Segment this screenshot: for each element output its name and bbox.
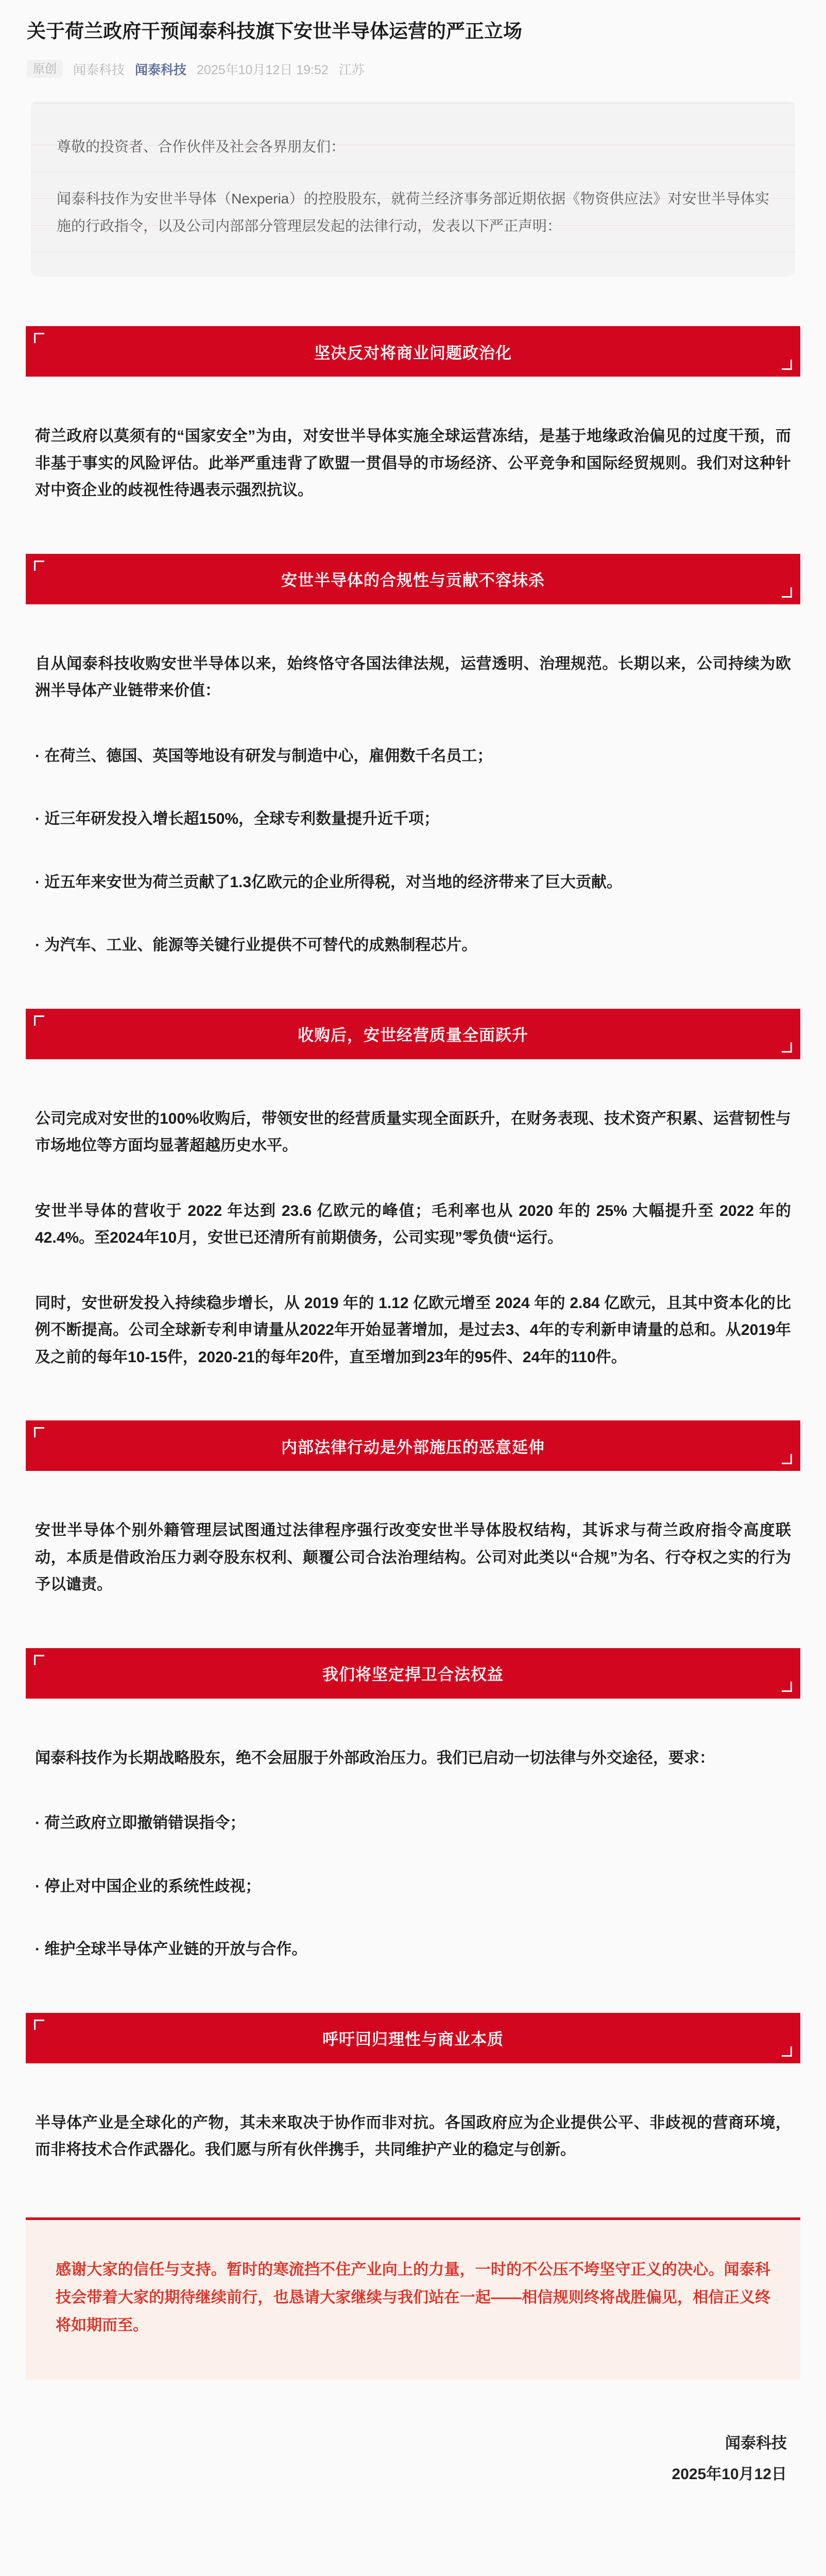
section-compliance-contribution: 安世半导体的合规性与贡献不容抹杀 自从闻泰科技收购安世半导体以来，始终恪守各国法… (26, 554, 800, 959)
section-paragraph: 同时，安世研发投入持续稳步增长，从 2019 年的 1.12 亿欧元增至 202… (35, 1290, 791, 1371)
section-paragraph: 公司完成对安世的100%收购后，带领安世的经营质量实现全面跃升，在财务表现、技术… (35, 1106, 791, 1160)
section-paragraph: 安世半导体个别外籍管理层试图通过法律程序强行改变安世半导体股权结构，其诉求与荷兰… (35, 1517, 791, 1599)
bullet-item: 停止对中国企业的系统性歧视； (35, 1873, 791, 1901)
section-paragraph: 安世半导体的营收于 2022 年达到 23.6 亿欧元的峰值；毛利率也从 202… (35, 1198, 791, 1252)
section-heading-banner: 收购后，安世经营质量全面跃升 (26, 1009, 800, 1059)
section-heading-banner: 内部法律行动是外部施压的恶意延伸 (26, 1420, 800, 1471)
signature-date: 2025年10月12日 (39, 2459, 787, 2490)
account-link[interactable]: 闻泰科技 (135, 60, 186, 78)
bullet-item: 近五年来安世为荷兰贡献了1.3亿欧元的企业所得税，对当地的经济带来了巨大贡献。 (35, 869, 791, 896)
original-badge: 原创 (27, 60, 63, 78)
section-internal-legal-action: 内部法律行动是外部施压的恶意延伸 安世半导体个别外籍管理层试图通过法律程序强行改… (26, 1420, 800, 1599)
section-politicization: 坚决反对将商业问题政治化 荷兰政府以莫须有的“国家安全”为由，对安世半导体实施全… (26, 326, 800, 504)
section-return-to-rationality: 呼吁回归理性与商业本质 半导体产业是全球化的产物，其未来取决于协作而非对抗。各国… (26, 2013, 800, 2164)
section-quality-leap: 收购后，安世经营质量全面跃升 公司完成对安世的100%收购后，带领安世的经营质量… (26, 1009, 800, 1371)
bullet-item: 荷兰政府立即撤销错误指令； (35, 1810, 791, 1837)
bullet-item: 为汽车、工业、能源等关键行业提供不可替代的成熟制程芯片。 (35, 932, 791, 959)
greeting-salutation: 尊敬的投资者、合作伙伴及社会各界朋友们： (57, 133, 769, 160)
section-paragraph: 荷兰政府以莫须有的“国家安全”为由，对安世半导体实施全球运营冻结，是基于地缘政治… (35, 423, 791, 504)
publish-datetime: 2025年10月12日 19:52 (197, 60, 329, 78)
page-title: 关于荷兰政府干预闻泰科技旗下安世半导体运营的严正立场 (27, 18, 799, 45)
bullet-item: 近三年研发投入增长超150%，全球专利数量提升近千项； (35, 806, 791, 833)
section-paragraph: 闻泰科技作为长期战略股东，绝不会屈服于外部政治压力。我们已启动一切法律与外交途径… (35, 1745, 791, 1772)
bullet-item: 在荷兰、德国、英国等地设有研发与制造中心，雇佣数千名员工； (35, 743, 791, 770)
section-heading-banner: 我们将坚定捍卫合法权益 (26, 1648, 800, 1699)
publish-location: 江苏 (339, 60, 365, 78)
article-page: 关于荷兰政府干预闻泰科技旗下安世半导体运营的严正立场 原创 闻泰科技 闻泰科技 … (0, 0, 826, 2557)
author-name: 闻泰科技 (73, 60, 125, 78)
closing-statement: 感谢大家的信任与支持。暂时的寒流挡不住产业向上的力量，一时的不公压不垮坚守正义的… (26, 2217, 800, 2380)
bullet-item: 维护全球半导体产业链的开放与合作。 (35, 1936, 791, 1963)
greeting-body: 闻泰科技作为安世半导体（Nexperia）的控股股东，就荷兰经济事务部近期依据《… (57, 185, 769, 240)
section-paragraph: 半导体产业是全球化的产物，其未来取决于协作而非对抗。各国政府应为企业提供公平、非… (35, 2110, 791, 2164)
section-heading-banner: 呼吁回归理性与商业本质 (26, 2013, 800, 2063)
section-paragraph: 自从闻泰科技收购安世半导体以来，始终恪守各国法律法规，运营透明、治理规范。长期以… (35, 651, 791, 705)
article-meta: 原创 闻泰科技 闻泰科技 2025年10月12日 19:52 江苏 (27, 60, 799, 78)
signature-name: 闻泰科技 (39, 2428, 787, 2459)
signature-block: 闻泰科技 2025年10月12日 (39, 2428, 787, 2490)
section-heading-banner: 坚决反对将商业问题政治化 (26, 326, 800, 377)
greeting-card: 尊敬的投资者、合作伙伴及社会各界朋友们： 闻泰科技作为安世半导体（Nexperi… (31, 101, 795, 277)
section-heading-banner: 安世半导体的合规性与贡献不容抹杀 (26, 554, 800, 604)
section-defend-rights: 我们将坚定捍卫合法权益 闻泰科技作为长期战略股东，绝不会屈服于外部政治压力。我们… (26, 1648, 800, 1963)
